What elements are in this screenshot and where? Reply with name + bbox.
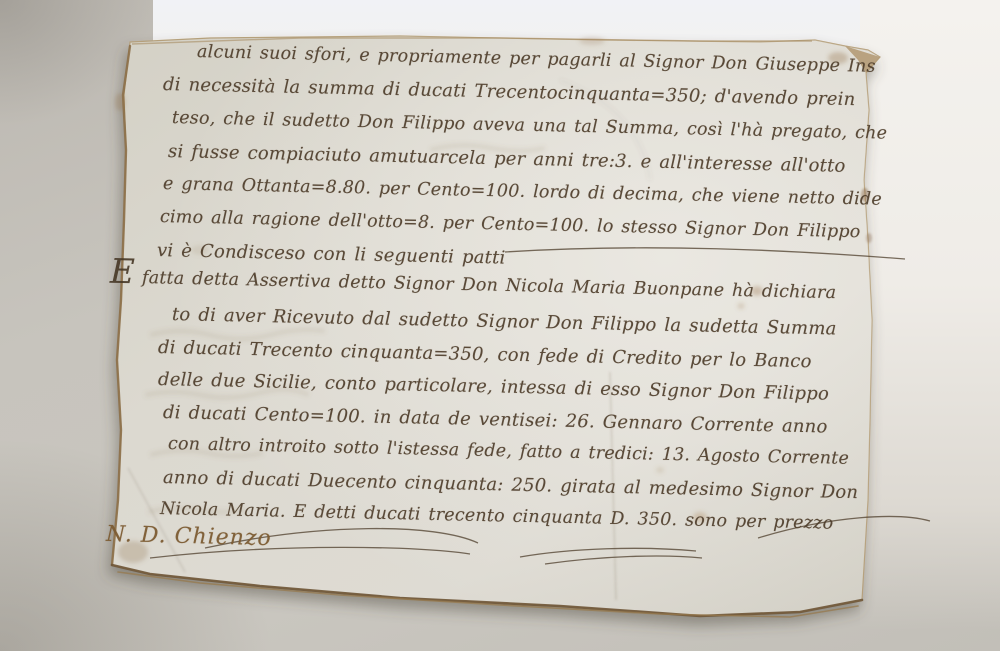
manuscript-page xyxy=(0,0,1000,651)
photo-of-manuscript: E N. D. Chienzo alcuni suoi sfori, e pro… xyxy=(0,0,1000,651)
page-sheen xyxy=(112,36,880,616)
